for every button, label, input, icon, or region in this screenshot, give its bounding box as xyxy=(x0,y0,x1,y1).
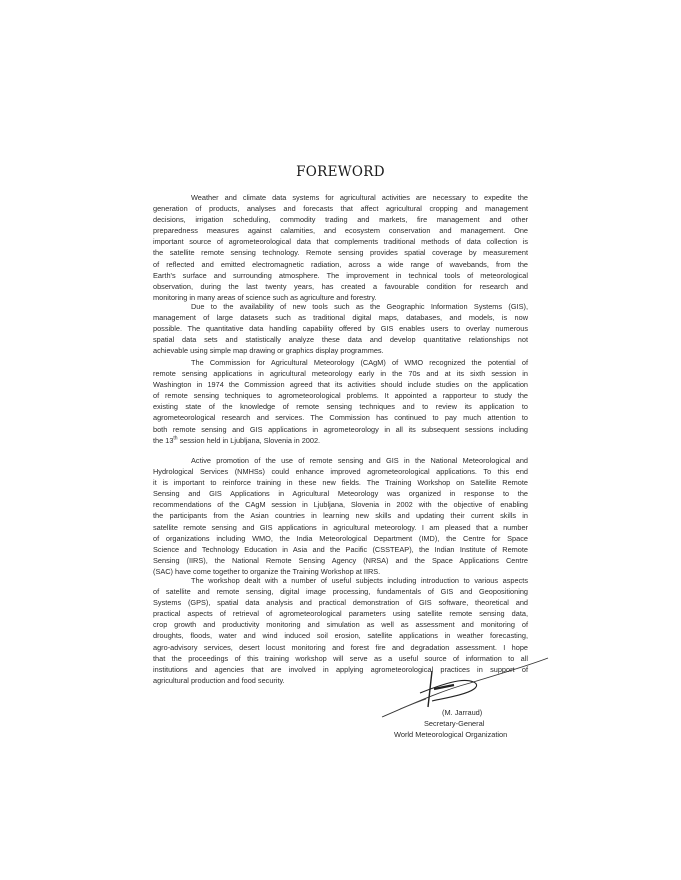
text-line: Active promotion of the use of remote se… xyxy=(153,455,528,466)
text-line: agrometeorological research and services… xyxy=(153,412,528,423)
text-line: recommendations of the CAgM session in L… xyxy=(153,499,528,510)
text-line: practical aspects of retrieval of agrome… xyxy=(153,608,528,619)
signatory-name: (M. Jarraud) xyxy=(442,708,482,717)
text-line: the 13th session held in Ljubljana, Slov… xyxy=(153,435,528,446)
text-line: Washington in 1974 the Commission agreed… xyxy=(153,379,528,390)
text-line: Weather and climate data systems for agr… xyxy=(153,192,528,203)
text-line: of remote sensing techniques to agromete… xyxy=(153,390,528,401)
paragraph-3: The Commission for Agricultural Meteorol… xyxy=(153,357,528,446)
paragraph-2: Due to the availability of new tools suc… xyxy=(153,301,528,356)
text-line: crop growth and productivity monitoring … xyxy=(153,619,528,630)
text-line: remote sensing applications in agricultu… xyxy=(153,368,528,379)
text-line: Sensing (IIRS), the National Remote Sens… xyxy=(153,555,528,566)
text-line: it is important to reinforce training in… xyxy=(153,477,528,488)
text-line: preparedness measures against calamities… xyxy=(153,225,528,236)
paragraph-1: Weather and climate data systems for agr… xyxy=(153,192,528,303)
text-line: satellite remote sensing and GIS applica… xyxy=(153,522,528,533)
text-line: Sensing and GIS Applications in Agricult… xyxy=(153,488,528,499)
text-line: Due to the availability of new tools suc… xyxy=(153,301,528,312)
text-line: important source of agrometeorological d… xyxy=(153,236,528,247)
text-line: the satellite remote sensing technology.… xyxy=(153,247,528,258)
text-line: agro-advisory services, desert locust mo… xyxy=(153,642,528,653)
text-line: droughts, floods, water and wind induced… xyxy=(153,630,528,641)
text-line: Earth's surface and surrounding atmosphe… xyxy=(153,270,528,281)
text-line: observation, during the last twenty year… xyxy=(153,281,528,292)
page-title: FOREWORD xyxy=(0,164,681,180)
signatory-role: Secretary-General xyxy=(424,719,484,728)
text-line: The workshop dealt with a number of usef… xyxy=(153,575,528,586)
text-line: both remote sensing and GIS applications… xyxy=(153,424,528,435)
paragraph-4: Active promotion of the use of remote se… xyxy=(153,455,528,577)
text-line: of organizations including WMO, the Indi… xyxy=(153,533,528,544)
text-line: of satellite and remote sensing, digital… xyxy=(153,586,528,597)
text-line: generation of products, analyses and for… xyxy=(153,203,528,214)
signatory-organization: World Meteorological Organization xyxy=(394,730,507,739)
document-page: FOREWORD Weather and climate data system… xyxy=(0,0,681,880)
text-line: Hydrological Services (NMHSs) could enha… xyxy=(153,466,528,477)
text-line: management of large datasets such as tra… xyxy=(153,312,528,323)
text-line: Science and Technology Education in Asia… xyxy=(153,544,528,555)
text-line: of reflected and emitted electromagnetic… xyxy=(153,259,528,270)
text-line: possible. The quantitative data handling… xyxy=(153,323,528,334)
text-line: spatial data sets and statistically anal… xyxy=(153,334,528,345)
text-line: achievable using simple map drawing or g… xyxy=(153,345,528,356)
text-line: existing state of the knowledge of remot… xyxy=(153,401,528,412)
text-line: The Commission for Agricultural Meteorol… xyxy=(153,357,528,368)
text-line: decisions, irrigation scheduling, commod… xyxy=(153,214,528,225)
text-line: the participants from the Asian countrie… xyxy=(153,510,528,521)
text-line: Systems (GPS), spatial data analysis and… xyxy=(153,597,528,608)
